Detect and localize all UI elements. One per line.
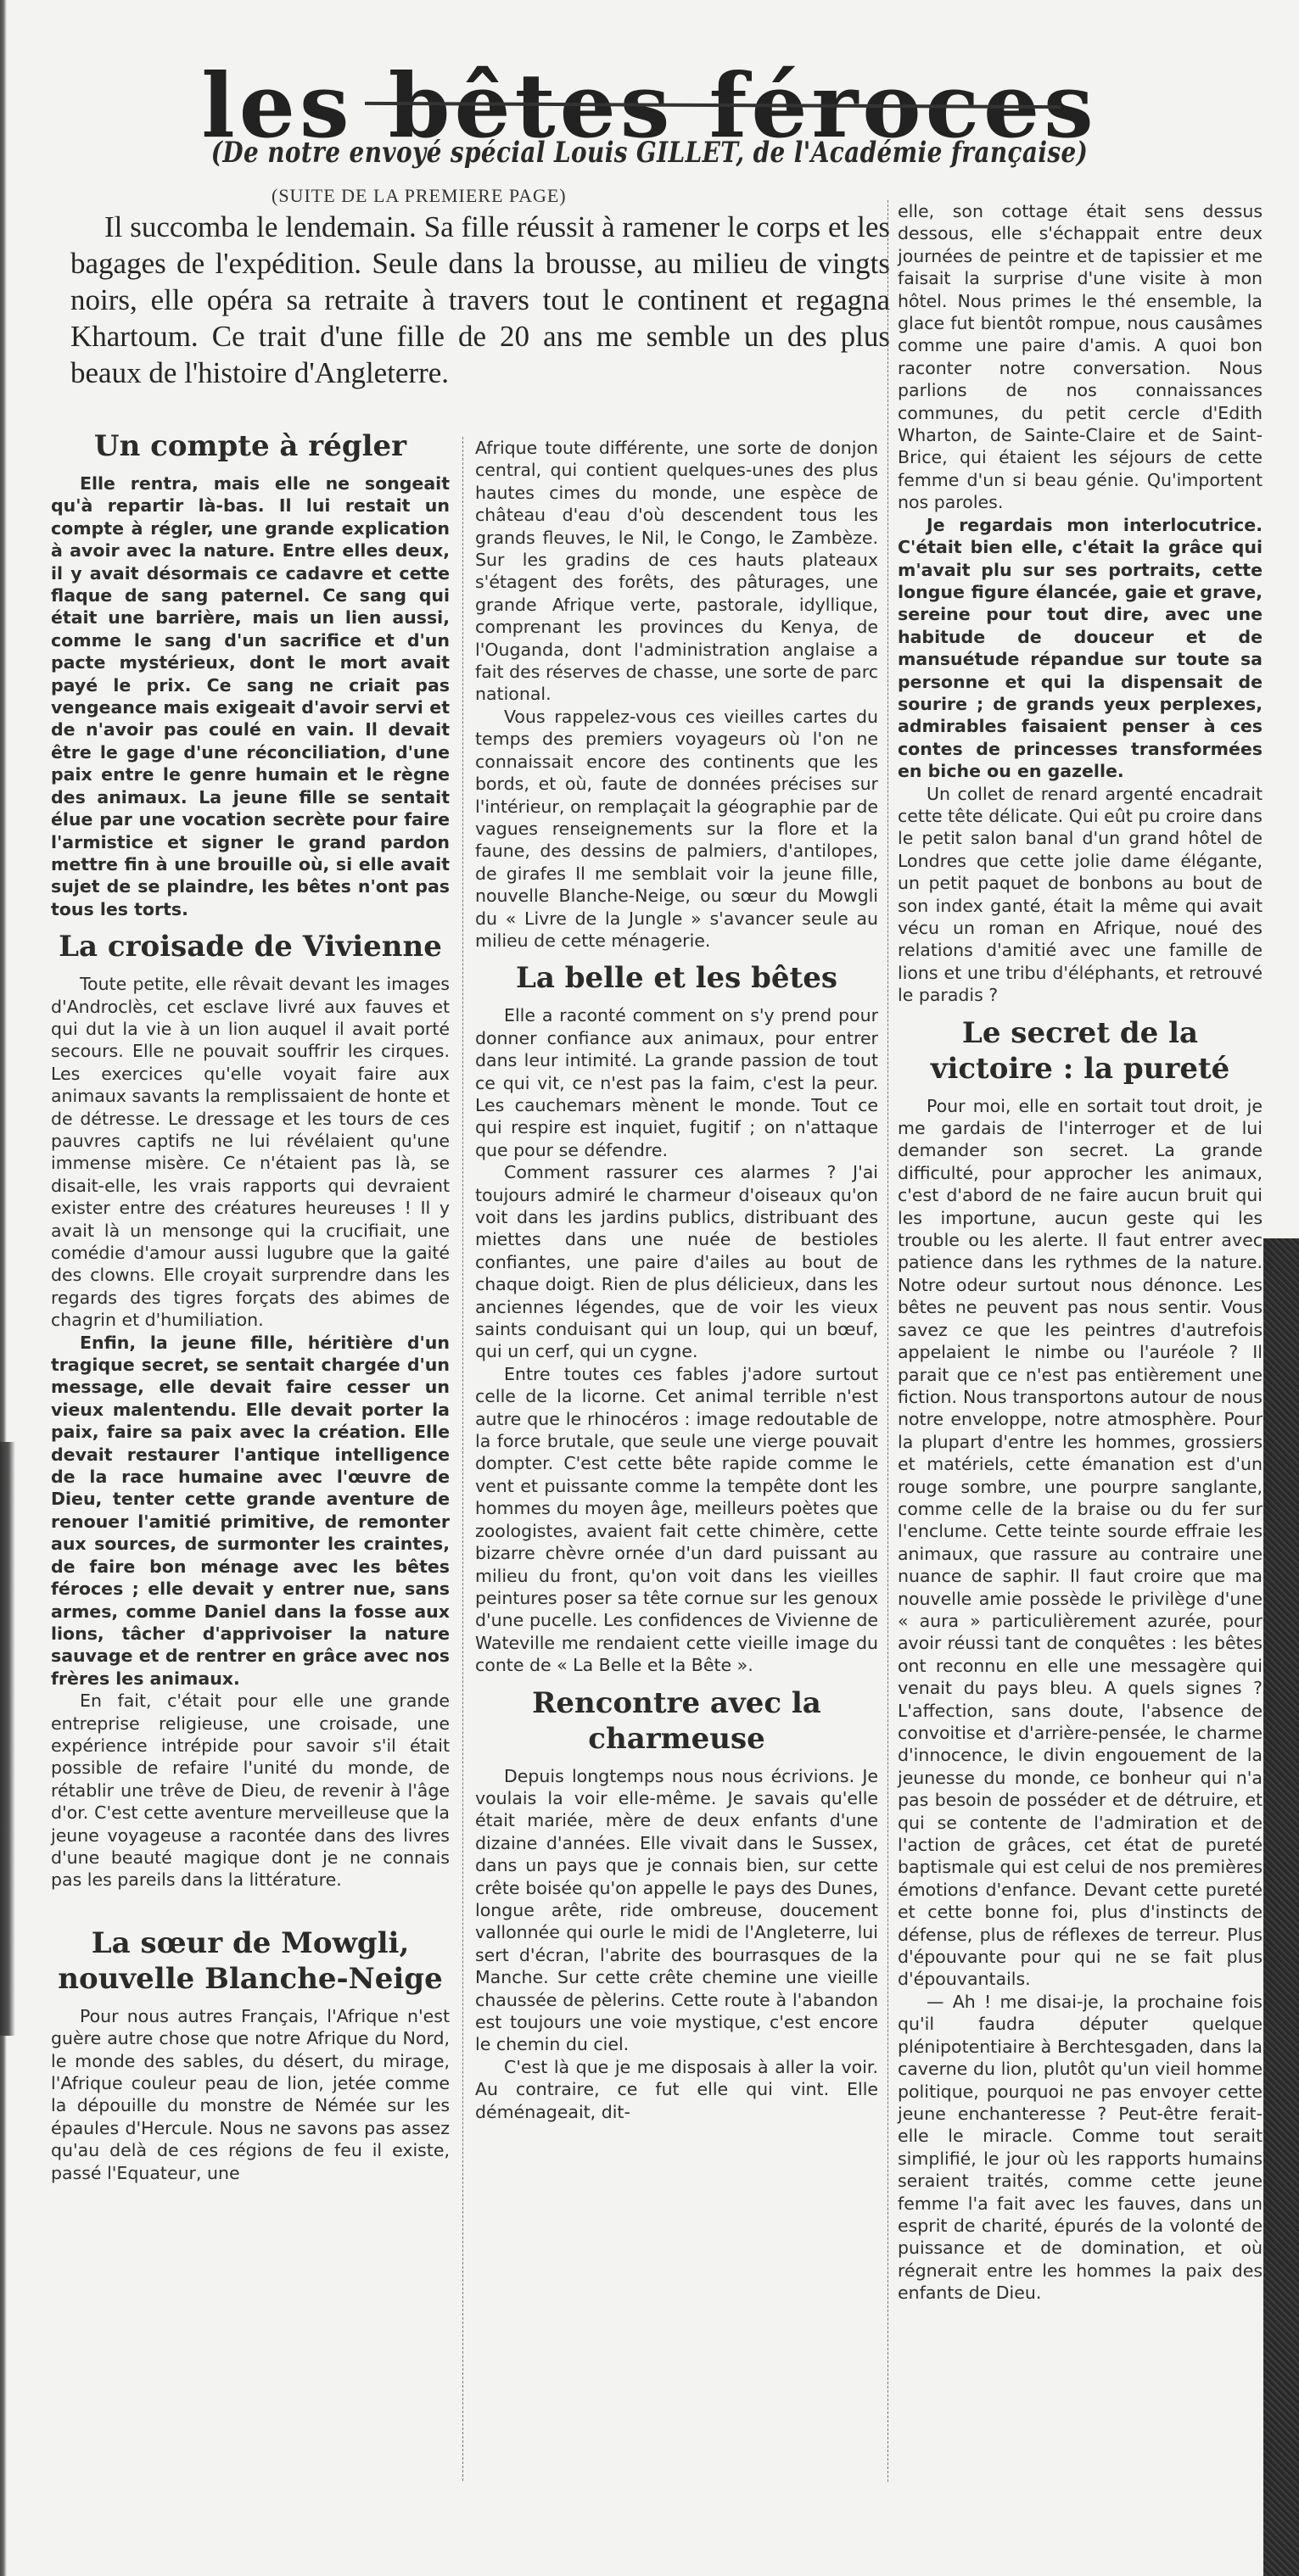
- paragraph: Elle rentra, mais elle ne songeait qu'à …: [51, 472, 450, 920]
- paragraph: Pour moi, elle en sortait tout droit, je…: [898, 1095, 1263, 1991]
- lede-paragraph: Il succomba le lendemain. Sa fille réuss…: [70, 209, 890, 391]
- paragraph: C'est là que je me disposais à aller la …: [475, 2056, 878, 2123]
- lede-text: Il succomba le lendemain. Sa fille réuss…: [70, 209, 890, 391]
- column-2: Afrique toute différente, une sorte de d…: [475, 437, 878, 2123]
- subheading-compte: Un compte à régler: [51, 428, 450, 464]
- subheading-secret: Le secret de la victoire : la pureté: [898, 1015, 1263, 1087]
- paragraph: — Ah ! me disai-je, la prochaine fois qu…: [898, 1991, 1263, 2305]
- column-separator: [462, 437, 463, 2481]
- paragraph: Toute petite, elle rêvait devant les ima…: [51, 973, 450, 1332]
- paragraph: Je regardais mon interlocutrice. C'était…: [898, 514, 1263, 783]
- paragraph: Enfin, la jeune fille, héritière d'un tr…: [51, 1332, 450, 1690]
- subheading-croisade: La croisade de Vivienne: [51, 929, 450, 964]
- scan-right-edge: [1263, 1238, 1299, 2576]
- paragraph: Elle a raconté comment on s'y prend pour…: [475, 1004, 878, 1161]
- subheading-mowgli: La sœur de Mowgli, nouvelle Blanche-Neig…: [51, 1925, 450, 1997]
- article-byline: (De notre envoyé spécial Louis GILLET, d…: [117, 136, 1182, 170]
- paragraph: Depuis longtemps nous nous écrivions. Je…: [475, 1765, 878, 2056]
- paragraph: Pour nous autres Français, l'Afrique n'e…: [51, 2005, 450, 2184]
- subheading-belle: La belle et les bêtes: [475, 960, 878, 996]
- paragraph: Comment rassurer ces alarmes ? J'ai touj…: [475, 1161, 878, 1363]
- column-1: Un compte à régler Elle rentra, mais ell…: [51, 428, 450, 2184]
- scan-left-shadow: [0, 1442, 15, 2036]
- paragraph: Un collet de renard argenté encadrait ce…: [898, 783, 1263, 1007]
- paragraph: elle, son cottage était sens dessus dess…: [898, 200, 1263, 514]
- scan-left-edge: [0, 0, 7, 2576]
- column-separator: [887, 200, 888, 2482]
- continuation-note: (SUITE DE LA PREMIERE PAGE): [272, 185, 567, 207]
- column-3: elle, son cottage était sens dessus dess…: [898, 200, 1263, 2305]
- subheading-rencontre: Rencontre avec la charmeuse: [475, 1685, 878, 1757]
- paragraph: En fait, c'était pour elle une grande en…: [51, 1690, 450, 1891]
- paragraph: Vous rappelez-vous ces vieilles cartes d…: [475, 706, 878, 952]
- paragraph: Afrique toute différente, une sorte de d…: [475, 437, 878, 706]
- paragraph: Entre toutes ces fables j'adore surtout …: [475, 1363, 878, 1677]
